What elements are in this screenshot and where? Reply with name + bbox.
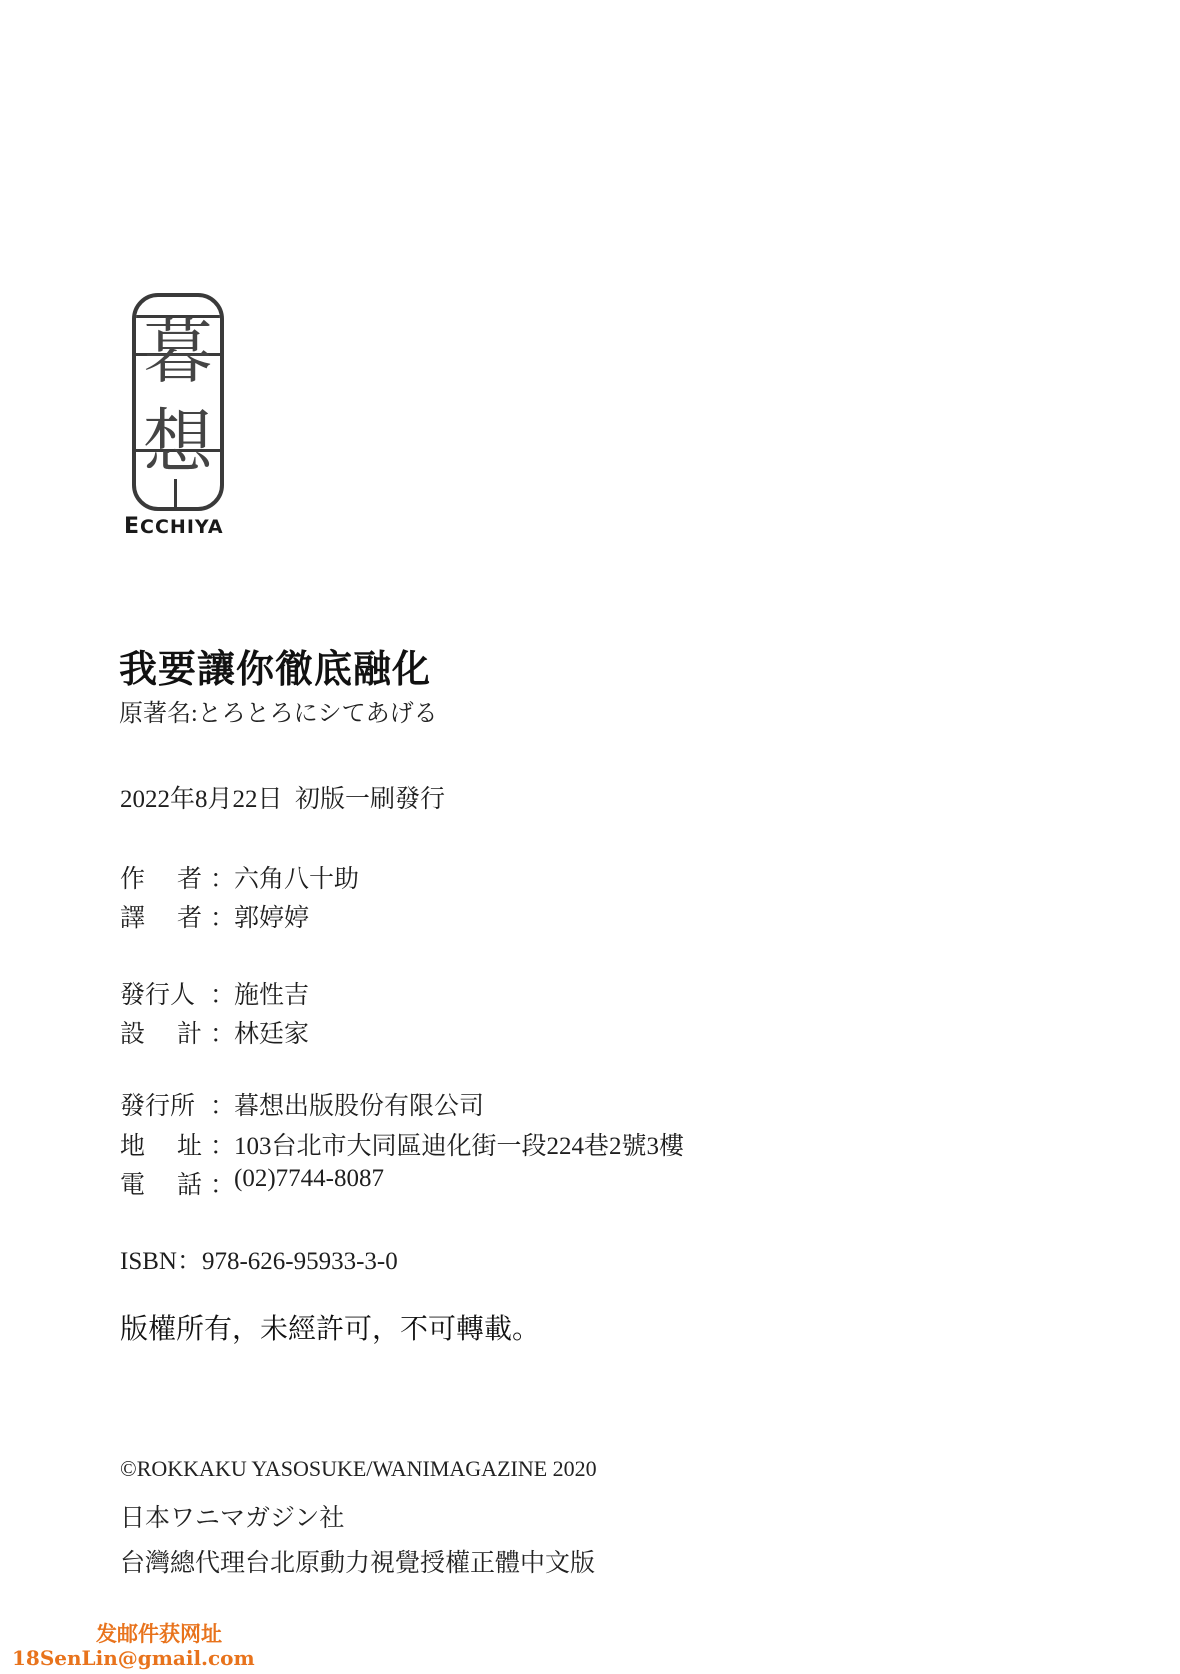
edition-date: 2022年8月22日 初版一刷發行 [120, 779, 445, 815]
book-title: 我要讓你徹底融化 [119, 638, 431, 693]
label-char: 計 [177, 1014, 202, 1050]
label-char: 電 [120, 1165, 145, 1201]
credit-author: 作者：六角八十助 [120, 859, 359, 895]
copyright-line: ©ROKKAKU YASOSUKE/WANIMAGAZINE 2020 [120, 1456, 597, 1482]
logo-wordmark: ECCHIYA [124, 514, 224, 539]
colon: ： [210, 975, 234, 1011]
credit-label: 譯者 [120, 898, 202, 934]
label-char: 話 [177, 1165, 202, 1201]
credit-label: 設計 [120, 1014, 202, 1050]
publisher-phone: 電話：(02)7744-8087 [120, 1165, 384, 1201]
credit-value: 施性吉 [234, 975, 309, 1011]
publisher-address: 地址：103台北市大同區迪化街一段224巷2號3樓 [120, 1126, 684, 1162]
taiwan-agent: 台灣總代理台北原動力視覺授權正體中文版 [120, 1543, 595, 1579]
colon: ： [210, 1086, 234, 1122]
credit-value: 林廷家 [234, 1014, 309, 1050]
colon: ： [210, 898, 234, 934]
japanese-publisher: 日本ワニマガジン社 [120, 1498, 344, 1534]
label-char: 址 [177, 1126, 202, 1162]
logo-wordmark-initial: E [124, 514, 140, 539]
credit-value: 郭婷婷 [234, 898, 309, 934]
colon: ： [210, 859, 234, 895]
label-char: 設 [120, 1014, 145, 1050]
credit-issuer: 發行人：施性吉 [120, 975, 309, 1011]
credit-label: 地址 [120, 1126, 202, 1162]
credit-value: 103台北市大同區迪化街一段224巷2號3樓 [234, 1126, 684, 1162]
logo-char-xiang: 想 [136, 407, 220, 477]
label-char: 地 [120, 1126, 145, 1162]
colon: ： [210, 1014, 234, 1050]
rights-notice: 版權所有，未經許可，不可轉載。 [120, 1307, 540, 1347]
credit-label: 發行所 [120, 1086, 210, 1122]
original-title: 原著名:とろとろにシてあげる [119, 693, 438, 728]
label-char: 作 [120, 859, 145, 895]
logo-wordmark-rest: CCHIYA [140, 516, 224, 538]
credit-label: 發行人 [120, 975, 210, 1011]
credit-label: 作者 [120, 859, 202, 895]
colon: ： [210, 1126, 234, 1162]
watermark-email: 18SenLin@gmail.com [12, 1646, 255, 1670]
logo-frame-line [174, 479, 177, 507]
label-char: 者 [177, 898, 202, 934]
ecchiya-logo-emblem: 暮 想 [132, 293, 224, 511]
label-char: 者 [177, 859, 202, 895]
publisher-name: 發行所：暮想出版股份有限公司 [120, 1086, 484, 1122]
watermark-text: 发邮件获网址 [96, 1618, 222, 1648]
credit-value: (02)7744-8087 [234, 1165, 384, 1201]
colon: ： [210, 1165, 234, 1201]
credit-translator: 譯者：郭婷婷 [120, 898, 309, 934]
isbn: ISBN：978-626-95933-3-0 [120, 1241, 398, 1277]
credit-label: 電話 [120, 1165, 202, 1201]
credit-value: 六角八十助 [234, 859, 359, 895]
logo-char-mu: 暮 [136, 317, 220, 387]
credit-value: 暮想出版股份有限公司 [234, 1086, 484, 1122]
credit-design: 設計：林廷家 [120, 1014, 309, 1050]
label-char: 譯 [120, 898, 145, 934]
